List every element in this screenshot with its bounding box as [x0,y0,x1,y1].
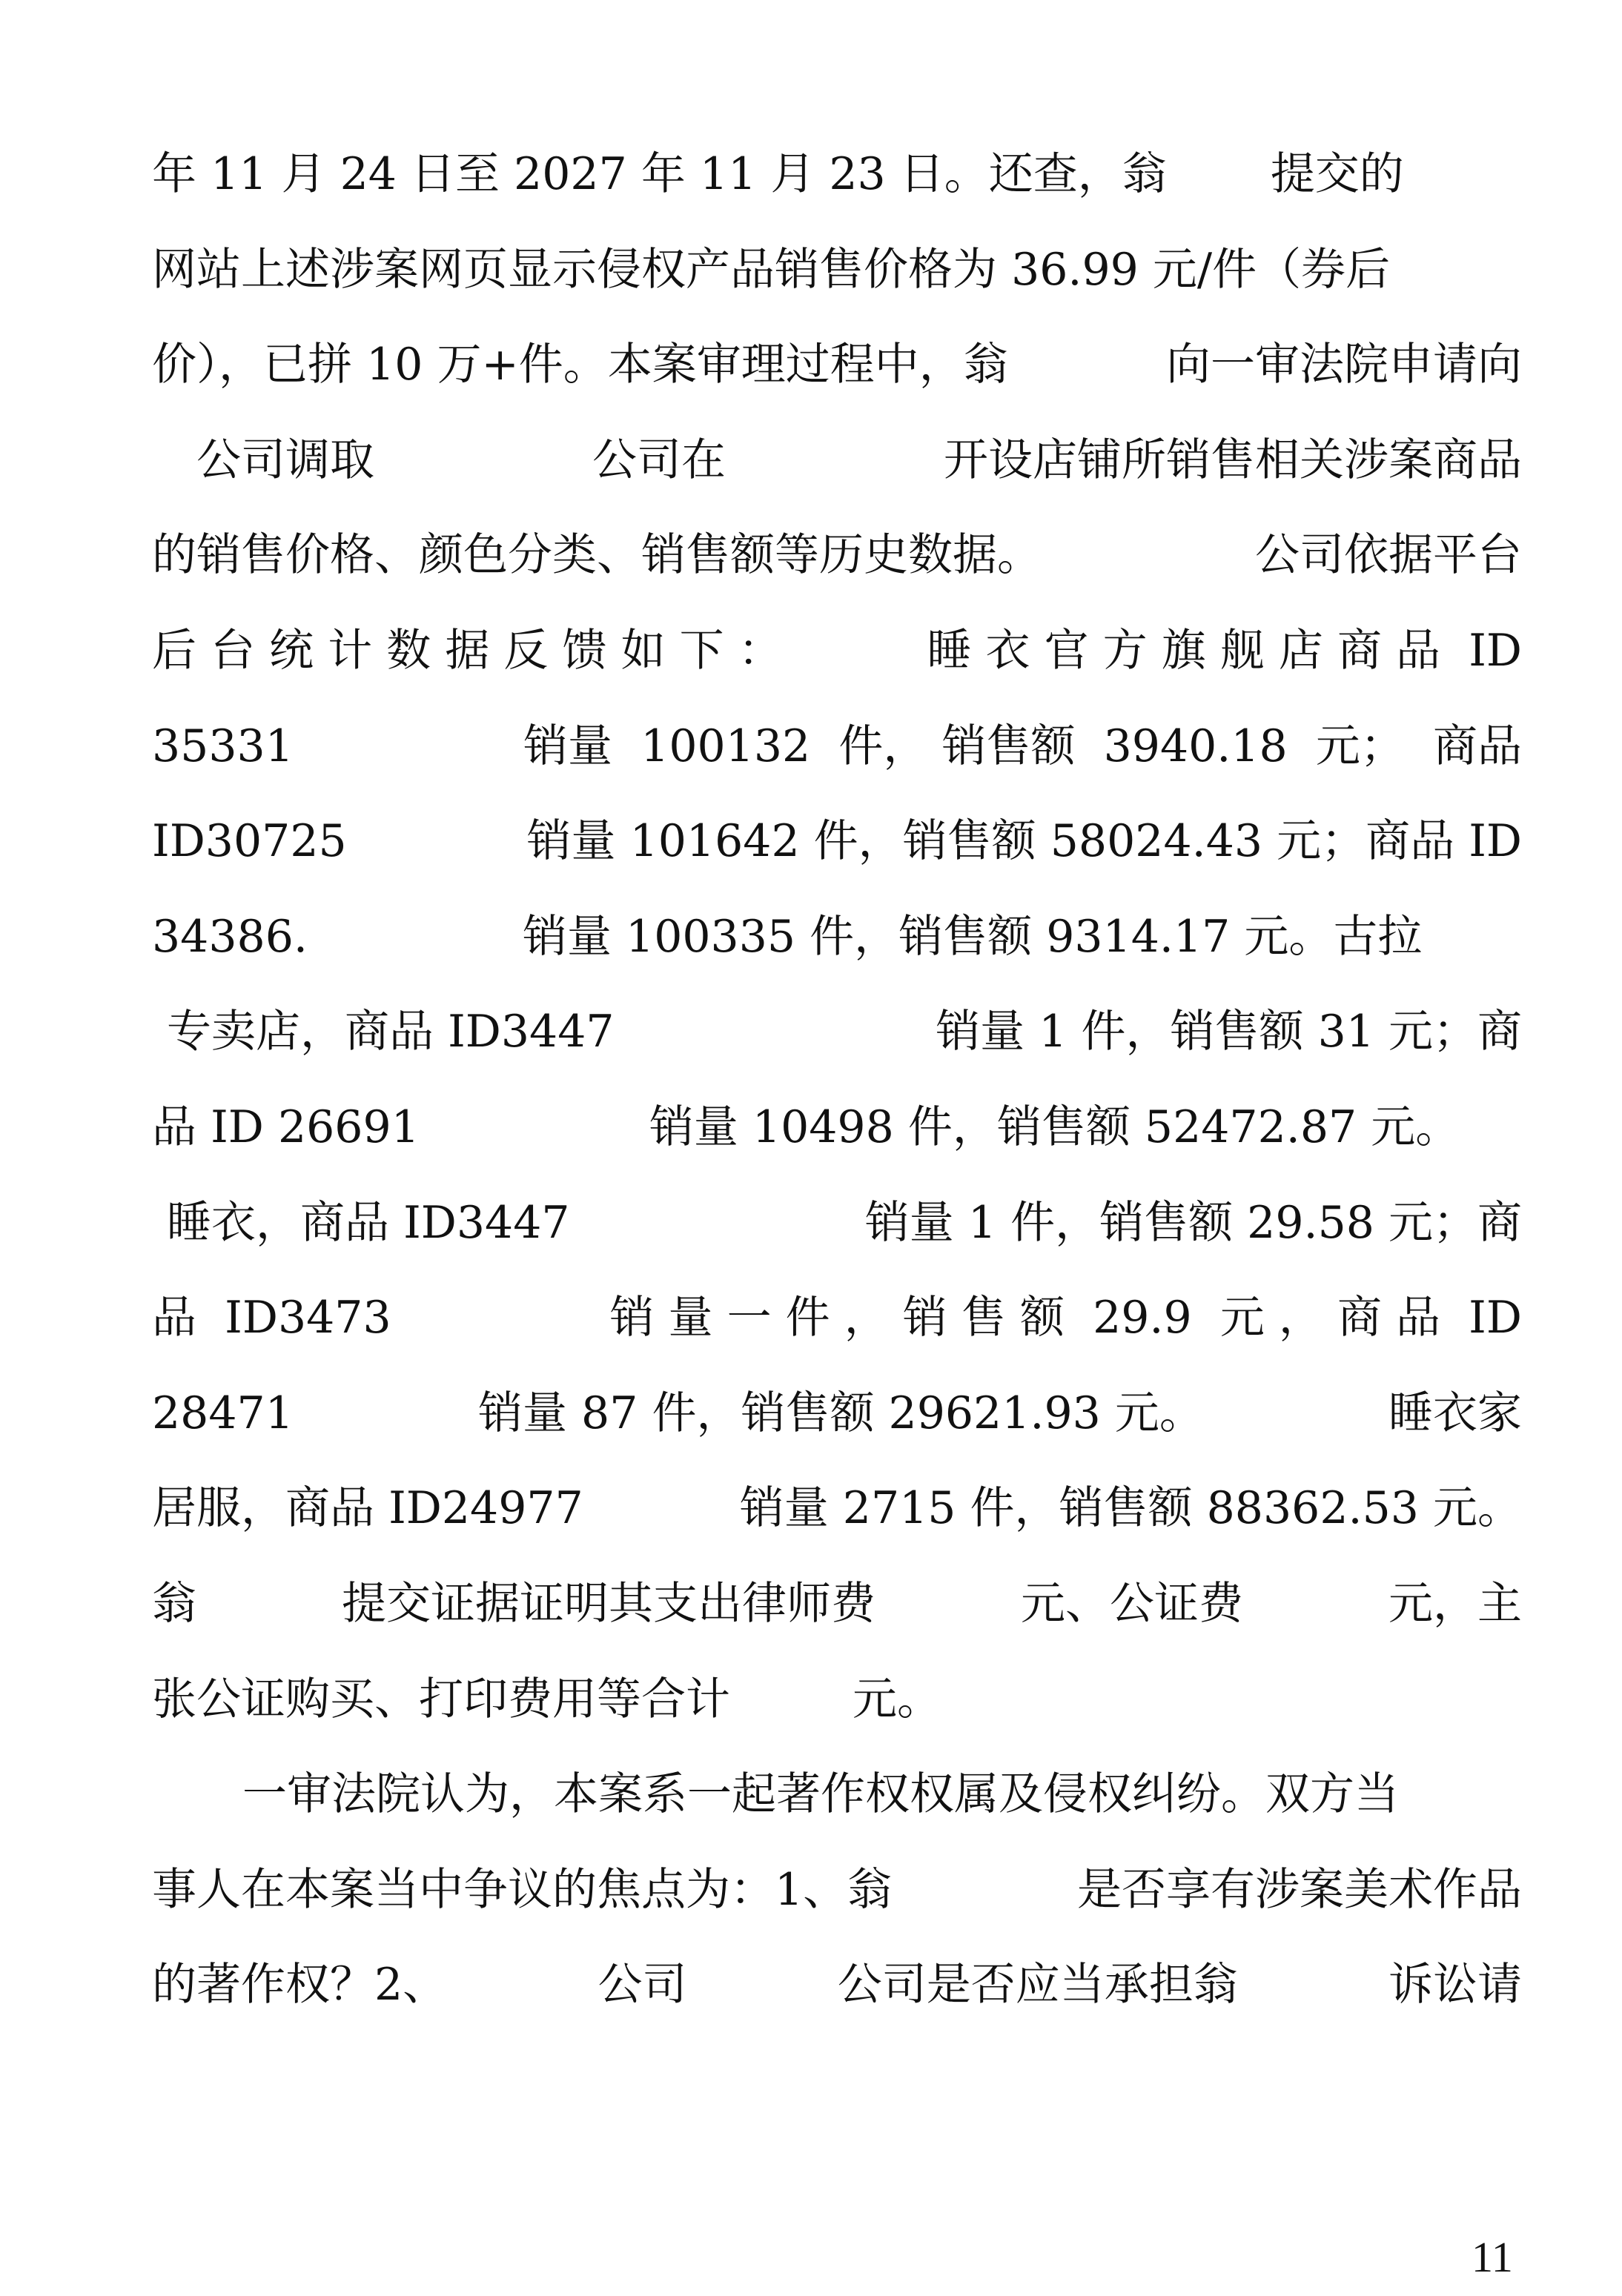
text-segment: 销量 2715 件，销售额 88362.53 元。 [740,1479,1522,1538]
text-segment: ID30725 [152,812,347,871]
text-segment: 专卖店，商品 ID3447 [167,1002,615,1061]
text-line: 公司调取公司在开设店铺所销售相关涉案商品 [196,431,1522,490]
text-segment: 28471 [152,1384,294,1443]
text-segment: 年 11 月 24 日至 2027 年 11 月 23 日。还查，翁 [152,145,1167,204]
document-page: 年 11 月 24 日至 2027 年 11 月 23 日。还查，翁提交的网站上… [0,0,1622,2296]
text-segment: 销量 87 件，销售额 29621.93 元。 [478,1384,1204,1443]
text-line: 35331销量 100132 件， 销售额 3940.18 元； 商品 [152,717,1522,776]
text-segment: 后 台 统 计 数 据 反 馈 如 下 ： [152,621,783,680]
text-segment: 35331 [152,717,294,776]
text-segment: 销量 101642 件，销售额 58024.43 元；商品 ID [527,812,1523,871]
text-line: 网站上述涉案网页显示侵权产品销售价格为 36.99 元/件（券后 [152,240,1522,299]
text-line: 后 台 统 计 数 据 反 馈 如 下 ：睡 衣 官 方 旗 舰 店 商 品 I… [152,621,1522,680]
text-segment: 元、公证费 [1021,1574,1243,1633]
text-segment: 向一审法院申请向 [1166,335,1522,394]
text-segment: 的销售价格、颜色分类、销售额等历史数据。 [152,525,1042,585]
text-line: 张公证购买、打印费用等合计元。 [152,1670,1522,1729]
text-segment: 睡衣，商品 ID3447 [167,1193,570,1252]
text-segment: 公司是否应当承担翁 [838,1955,1238,2014]
text-line: 的销售价格、颜色分类、销售额等历史数据。公司依据平台 [152,525,1522,585]
text-segment: 网站上述涉案网页显示侵权产品销售价格为 36.99 元/件（券后 [152,240,1390,299]
text-segment: 元，主 [1388,1574,1522,1633]
text-line: 一审法院认为，本案系一起著作权权属及侵权纠纷。双方当 [242,1765,1522,1824]
text-segment: 公司在 [592,431,726,490]
text-line: 年 11 月 24 日至 2027 年 11 月 23 日。还查，翁提交的 [152,145,1522,204]
text-segment: 销量 1 件，销售额 29.58 元；商 [865,1193,1522,1252]
text-segment: 34386. [152,907,308,966]
text-line: 事人在本案当中争议的焦点为：1、翁是否享有涉案美术作品 [152,1860,1522,1920]
text-segment: 公司 [598,1955,686,2014]
text-line: 品 ID 26691销量 10498 件，销售额 52472.87 元。 [152,1098,1522,1157]
text-line: 翁提交证据证明其支出律师费元、公证费元，主 [152,1574,1522,1633]
text-line: ID30725销量 101642 件，销售额 58024.43 元；商品 ID [152,812,1522,871]
text-line: 34386.销量 100335 件，销售额 9314.17 元。古拉 [152,907,1522,966]
text-segment: 翁 [152,1574,196,1633]
text-line: 居服，商品 ID24977销量 2715 件，销售额 88362.53 元。 [152,1479,1522,1538]
text-segment: 品 ID3473 [152,1288,391,1347]
text-segment: 事人在本案当中争议的焦点为：1、翁 [152,1860,892,1920]
text-segment: 居服，商品 ID24977 [152,1479,583,1538]
text-segment: 销量 100132 件， 销售额 3940.18 元； 商品 [523,717,1522,776]
text-segment: 睡衣家 [1388,1384,1522,1443]
text-segment: 公司依据平台 [1255,525,1522,585]
text-segment: 一审法院认为，本案系一起著作权权属及侵权纠纷。双方当 [242,1765,1399,1824]
text-line: 专卖店，商品 ID3447销量 1 件，销售额 31 元；商 [167,1002,1522,1061]
text-segment: 张公证购买、打印费用等合计 [152,1670,730,1729]
text-segment: 提交证据证明其支出律师费 [342,1574,875,1633]
text-segment: 销量 10498 件，销售额 52472.87 元。 [649,1098,1460,1157]
page-number: 11 [1472,2232,1513,2282]
text-segment: 诉讼请 [1388,1955,1522,2014]
text-segment: 公司调取 [196,431,374,490]
text-segment: 销量 100335 件，销售额 9314.17 元。古拉 [523,907,1422,966]
text-line: 睡衣，商品 ID3447销量 1 件，销售额 29.58 元；商 [167,1193,1522,1252]
text-segment: 开设店铺所销售相关涉案商品 [944,431,1522,490]
text-line: 价），已拼 10 万+件。本案审理过程中，翁向一审法院申请向 [152,335,1522,394]
text-segment: 睡 衣 官 方 旗 舰 店 商 品 ID [927,621,1522,680]
text-segment: 品 ID 26691 [152,1098,420,1157]
text-segment: 提交的 [1271,145,1404,204]
text-segment: 销量 1 件，销售额 31 元；商 [936,1002,1522,1061]
text-line: 品 ID3473销 量 一 件 ， 销 售 额 29.9 元 ， 商 品 ID [152,1288,1522,1347]
text-line: 28471销量 87 件，销售额 29621.93 元。睡衣家 [152,1384,1522,1443]
text-line: 的著作权？2、公司公司是否应当承担翁诉讼请 [152,1955,1522,2014]
text-segment: 的著作权？2、 [152,1955,447,2014]
text-segment: 销 量 一 件 ， 销 售 额 29.9 元 ， 商 品 ID [609,1288,1522,1347]
text-segment: 是否享有涉案美术作品 [1077,1860,1522,1920]
text-segment: 元。 [853,1670,941,1729]
text-segment: 价），已拼 10 万+件。本案审理过程中，翁 [152,335,1008,394]
